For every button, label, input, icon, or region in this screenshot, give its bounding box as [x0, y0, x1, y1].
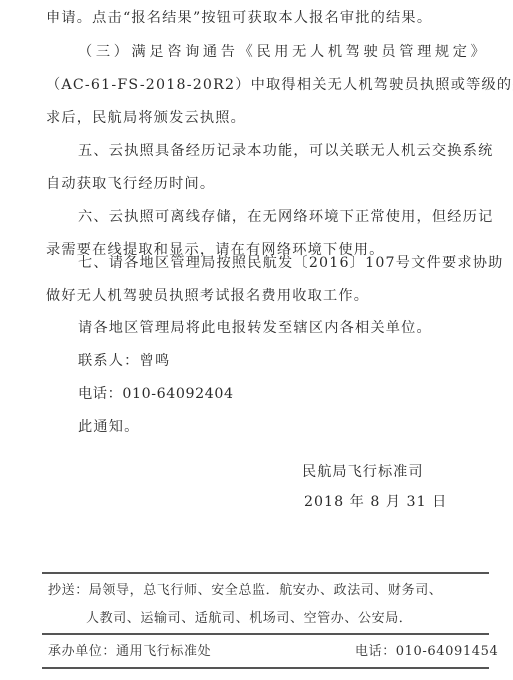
handler-unit: 承办单位：通用飞行标准处 — [48, 643, 211, 661]
body-line-5: 五、云执照具备经历记录本功能，可以关联无人机云交换系统 — [78, 141, 486, 161]
issue-date: 2018 年 8 月 31 日 — [304, 492, 447, 512]
body-line-11: 请各地区管理局将此电报转发至辖区内各相关单位。 — [78, 318, 432, 338]
contact-person: 联系人：曾鸣 — [78, 351, 170, 371]
body-line-7: 六、云执照可离线存储，在无网络环境下正常使用，但经历记 — [78, 207, 486, 227]
body-line-3: （AC-61-FS-2018-20R2）中取得相关无人机驾驶员执照或等级的要 — [46, 75, 486, 95]
handler-phone: 电话：010-64091454 — [355, 643, 498, 661]
cc-line-1: 抄送：局领导，总飞行师、安全总监．航安办、政法司、财务司、 — [48, 582, 442, 600]
body-line-1: 申请。点击“报名结果”按钮可获取本人报名审批的结果。 — [46, 8, 486, 28]
body-line-4: 求后，民航局将颁发云执照。 — [46, 108, 486, 128]
body-line-2: （三）满足咨询通告《民用无人机驾驶员管理规定》 — [78, 42, 486, 62]
issuer-name: 民航局飞行标准司 — [302, 462, 424, 482]
divider-top — [42, 572, 489, 574]
closing-text: 此通知。 — [78, 417, 140, 437]
body-line-6: 自动获取飞行经历时间。 — [46, 174, 486, 194]
body-line-10: 做好无人机驾驶员执照考试报名费用收取工作。 — [46, 286, 486, 306]
divider-bottom — [42, 667, 489, 669]
divider-middle — [42, 633, 489, 635]
body-line-9: 七、请各地区管理局按照民航发〔2016〕107号文件要求协助 — [78, 253, 486, 273]
cc-line-2: 人教司、运输司、适航司、机场司、空管办、公安局． — [86, 610, 412, 628]
contact-phone: 电话：010-64092404 — [78, 384, 234, 404]
